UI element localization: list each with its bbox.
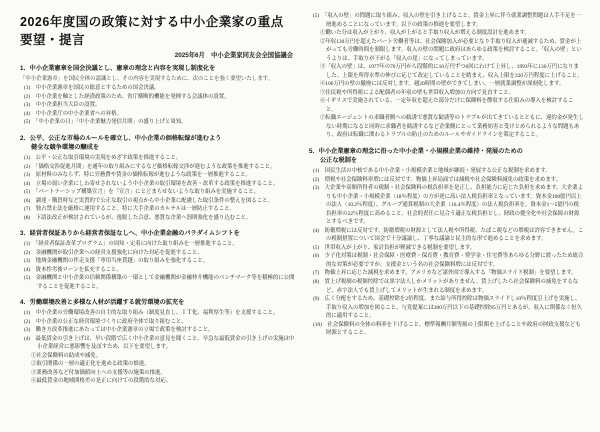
dateline: 2025年6月 中小企業家同友会全国協議会	[20, 50, 293, 59]
list-item: (3) 地域金融機関の伴走支援「専用当座貸越」の取り組みを強化すること。	[20, 257, 295, 266]
section-3-items: (1) 「経営者保証改革プログラム」の周知・定着に向けた取り組みを一層推進するこ…	[20, 240, 295, 291]
list-item: (7) 物価上昇に応じた減税を求めます。アメリカなど諸外国で導入する「物価スライ…	[309, 269, 584, 278]
sub-list-item: ③「収入の壁」は、1977年の70万円から段階的に10万円ずつ6回にわけて上昇し…	[320, 63, 584, 80]
list-item: (1) 国民生活の中核である中小企業・小規模企業と地域が継続・発展する公正な税制…	[309, 167, 584, 176]
list-item: (1) 中小企業憲章を国民の総意とするための国会決議。	[20, 84, 295, 93]
list-item: (8) 下請法改正が検討されているが、逸脱した合意、悪質な企業へ罰則強化を盛り込…	[20, 214, 295, 223]
sub-list-item: ⑤住民税や所得税による配偶者の年収の壁も世帯収入増加の方向で見直すこと。	[320, 89, 584, 98]
section-2-heading-line1: 2．公平、公正な市場のルールを確立し、中小企業の価格転嫁が進むよう	[20, 135, 221, 142]
section-labor: 4．労働環境改善と多様な人材が活躍する就労環境の拡充を (1) 中小企業の労働環…	[20, 298, 295, 386]
document-page: 2026年度国の政策に対する中小企業家の重点要望・提言 2025年6月 中小企業…	[0, 0, 600, 432]
list-item: (6) 調達・購買時など実質的で公正な取引の視点から中小企業に配慮した取引条件の…	[20, 197, 295, 206]
right-column: (5) 「収入の壁」の問題に取り組み、収入の壁を引き上げること。賃金上昇に伴う就…	[309, 12, 584, 393]
section-5-heading-line1: 5．中小企業憲章の理念に沿った中小企業・小規模企業の維持・発展のための	[309, 148, 523, 155]
list-item: (4) 中小企業庁の中小企業省への昇格。	[20, 110, 295, 119]
list-item: (7) 独占禁止法を厳格に運用すること。特に大手企業のカルテルは一層防止すること…	[20, 205, 295, 214]
list-item: (5) 「収入の壁」の問題に取り組み、収入の壁を引き上げること。賃金上昇に伴う就…	[309, 12, 584, 29]
section-finance: 3．経営者保証ありから経営者保証なしへ、中小企業金融のパラダイムシフトを (1)…	[20, 229, 295, 291]
sub-list-item: ②年収130万円を超えたパート労働者等は、社会保険加入が必要となり手取り収入が逓…	[320, 38, 584, 64]
list-item: (3) 大企業や高額所得者の税制・社会保険料の税負担率を是正し、負担能力に応じた…	[309, 184, 584, 227]
section-3-heading: 3．経営者保証ありから経営者保証なしへ、中小企業金融のパラダイムシフトを	[20, 229, 295, 238]
section-tax: 5．中小企業憲章の理念に沿った中小企業・小規模企業の維持・発展のための公正な税制…	[309, 147, 584, 338]
list-item: (1) 中小企業の労働環境改善の自主的な取り組み（制度見直し、ＩＴ化、福利厚生等…	[20, 309, 295, 318]
sub-list-item: ③業務改善など付加価値向上への支援等の施策の推進。	[31, 369, 295, 378]
page-title: 2026年度国の政策に対する中小企業家の重点要望・提言	[20, 12, 295, 48]
sub-list-item: ②取引関係の一層の適正化を進める政策の推進。	[31, 360, 295, 369]
list-item: (3) 原材料のみならず、特に労務費や賃金の価格転嫁が進むような政策を一層推進す…	[20, 171, 295, 180]
section-labor-continued: (5) 「収入の壁」の問題に取り組み、収入の壁を引き上げること。賃金上昇に伴う就…	[309, 12, 584, 140]
section-2-items: (1) 公平・公正な取引環境の実現をめざす政策を推進すること。 (2) 「価格交…	[20, 154, 295, 222]
list-item: (3) 中小企業担当大臣の設置。	[20, 101, 295, 110]
section-5-heading-line2: 公正な税制を	[309, 156, 584, 165]
section-4-items-continued: (5) 「収入の壁」の問題に取り組み、収入の壁を引き上げること。賃金上昇に伴う就…	[309, 12, 584, 140]
section-2-heading: 2．公平、公正な市場のルールを確立し、中小企業の価格転嫁が進むよう健全な競争環境…	[20, 134, 295, 153]
section-fair-market: 2．公平、公正な市場のルールを確立し、中小企業の価格転嫁が進むよう健全な競争環境…	[20, 134, 295, 222]
section-charter: 1．中小企業憲章を国会決議とし、憲章の理念と内容を実現し制度化を 「中小企業憲章…	[20, 64, 295, 127]
list-item: (3) 働き方改革推進にあたっては中小企業憲章の立場で政策を検討すること。	[20, 326, 295, 335]
list-item: (4) 資本性劣後ローンを拡充すること。	[20, 266, 295, 275]
sub-list-item: ④106万円の壁の撤廃には反対します。週20時間の壁ができてしまい、一層就業調整…	[320, 80, 584, 89]
list-item: (1) 公平・公正な取引環境の実現をめざす政策を推進すること。	[20, 154, 295, 163]
list-item: (5) 「中小企業の日」「中小企業魅力発信月間」の盛り上げと周知。	[20, 118, 295, 127]
list-item: (2) 「価格交渉促進月間」を通年の取り組みにするなど価格転嫁交渉が進むような政…	[20, 163, 295, 172]
sub-list-item: ①社会保険料の助成や減免。	[31, 352, 295, 361]
sub-list-item: ⑦転職エージェントの求職者側への勧誘で悪質な勧誘等のトラブルが出てきているととも…	[320, 114, 584, 140]
section-5-heading: 5．中小企業憲章の理念に沿った中小企業・小規模企業の維持・発展のための公正な税制…	[309, 147, 584, 166]
list-item: (10) 社会保険料の全体の料率を下げること。標準報酬月額等級の上限額を上げるこ…	[309, 321, 584, 338]
sub-list-item: ④最低賃金の地域間格差の是正に向けての段階的な対応。	[31, 377, 295, 386]
list-item: (2) 中小企業の公正な経営環境づくりに政府全体で取り組むこと。	[20, 318, 295, 327]
list-item: (5) 金融機関と中小企業の信頼関係構築の一環として金融機関が金融仲介機能のベン…	[20, 274, 295, 291]
list-item: (6) 少子化対策は税制・社会保障・医療費・保育費・教育費・奨学金・住宅費等あら…	[309, 252, 584, 269]
list-item: (2) 中小企業を軸とした経済政策のため、省庁横断的機能を発揮する会議体の設置。	[20, 93, 295, 102]
list-item: (5) 世帯収入が上がり、家計負担が軽減できる税制を要望します。	[309, 244, 584, 253]
sub-list-item: ①働いた分は収入が上がり、収入が上がると手取り収入が増える制度設計を進めます。	[320, 29, 584, 38]
list-item: (5) 「パートナーシップ構築宣言」を「宣言」にとどまらせないような取り組みを実…	[20, 188, 295, 197]
section-4-heading: 4．労働環境改善と多様な人材が活躍する就労環境の拡充を	[20, 298, 295, 307]
section-5-items: (1) 国民生活の中核である中小企業・小規模企業と地域が継続・発展する公正な税制…	[309, 167, 584, 338]
section-2-heading-line2: 健全な競争環境の醸成を	[20, 143, 295, 152]
list-item: (4) 立場の弱い企業にしわ寄せされないよう中小企業の取引環境を改善・改革する政…	[20, 180, 295, 189]
section-4-items: (1) 中小企業の労働環境改善の自主的な取り組み（制度見直し、ＩＴ化、福利厚生等…	[20, 309, 295, 386]
left-column: 2026年度国の政策に対する中小企業家の重点要望・提言 2025年6月 中小企業…	[20, 12, 295, 393]
list-item: (2) 金融機関が取引企業への経営支援強化に向けた対応を促進すること。	[20, 249, 295, 258]
sub-list-item: ⑥イギリスで実施されている、一定年収を超えた部分だけに保険料を徴収する仕組みの導…	[320, 97, 584, 114]
list-item: (1) 「経営者保証改革プログラム」の周知・定着に向けた取り組みを一層推進するこ…	[20, 240, 295, 249]
list-item: (4) 防衛増税には反対です。防衛増税の財源として法人税や所得税、たばこ税などの…	[309, 227, 584, 244]
section-1-lead: 「中小企業憲章」を国民全体の認識とし、その内容を実現するために、次のことを強く要…	[20, 75, 295, 84]
list-item: (8) 賃上げ税制の税額控除では黒字法人しかメリットがありません。賃上げしたら社…	[309, 278, 584, 295]
list-item: (4) 最低賃金の引き上げは、早い段階で広く中小企業の意見を聞くこと。早急な最低…	[20, 335, 295, 352]
list-item: (2) 増税や社会保険料率増には反対です。物価上昇局面では減税や社会保険料減免の…	[309, 176, 584, 185]
section-1-items: (1) 中小企業憲章を国民の総意とするための国会決議。 (2) 中小企業を軸とし…	[20, 84, 295, 127]
list-item: (9) 広く分配をするため、基礎控除を2倍程度、また給与所得控除は物価スライドし…	[309, 295, 584, 321]
section-1-heading: 1．中小企業憲章を国会決議とし、憲章の理念と内容を実現し制度化を	[20, 64, 295, 73]
